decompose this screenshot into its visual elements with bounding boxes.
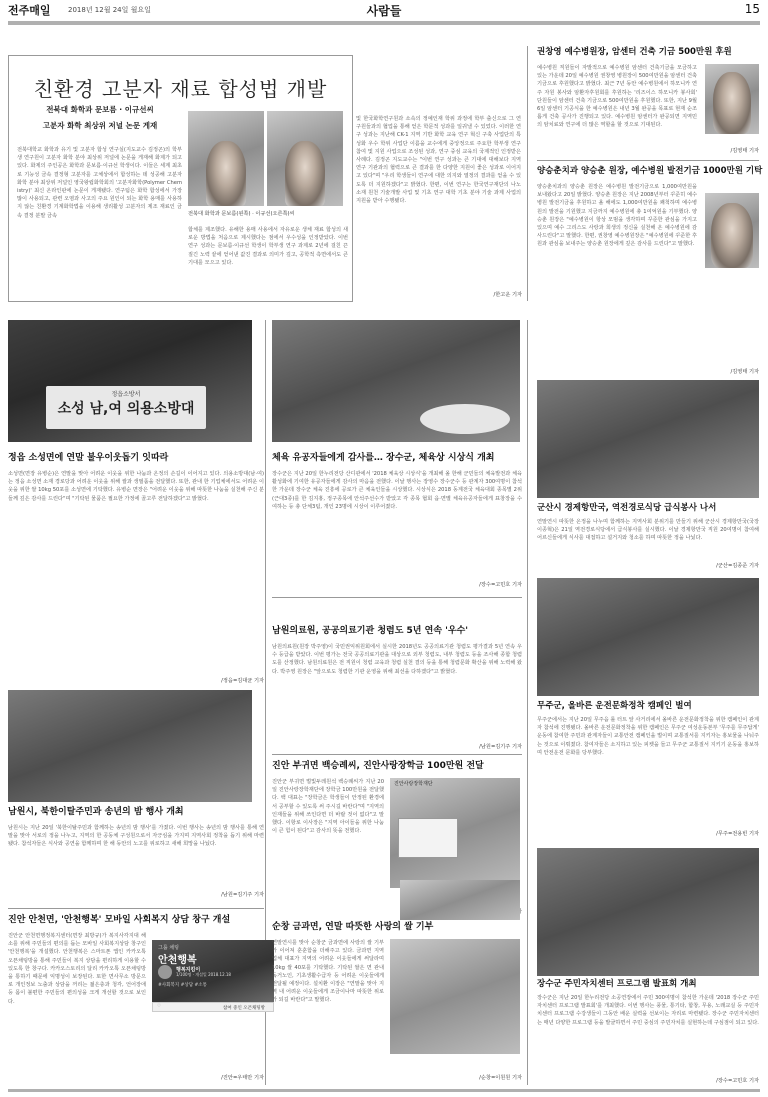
article-body: 예수병원 직원들이 자발적으로 예수병원 암센터 건축기금을 모금하고 있는 가… <box>537 64 697 146</box>
person-portrait <box>206 141 246 206</box>
article-headline: 순창 금과면, 연말 따뜻한 사랑의 쌀 기부 <box>272 921 522 934</box>
article-byline: /무주=전용빈 기자 <box>537 830 759 837</box>
scholarship-certificate <box>398 818 458 858</box>
person-portrait <box>711 203 753 268</box>
namwon-defectors-photo <box>8 690 252 802</box>
article-headline: 남원시, 북한이탈주민과 송년의 밤 행사 개최 <box>8 806 264 819</box>
article-divider <box>272 754 522 755</box>
article-jangsu-sports: 체육 유공자들에게 감사를… 장수군, 체육상 시상식 개최 장수군은 지난 2… <box>272 452 522 465</box>
portrait-photo <box>705 193 759 268</box>
article-headline: 남원의료원, 공공의료기관 청렴도 5년 연속 '우수' <box>272 625 522 638</box>
banquet-table <box>420 404 510 434</box>
article-body-cont <box>537 265 759 305</box>
article-jinan-mobile: 진안 안천면, '안천행복' 모바일 사회복지 상담 창구 개설 진안군 안천면… <box>8 914 264 927</box>
article-byline: /순창=이원원 기자 <box>272 1074 522 1081</box>
article-headline: 진안 부귀면 백승례씨, 진안사랑장학금 100만원 전달 <box>272 760 522 773</box>
article-body: 남원시는 지난 20일 '북한이탈주민과 함께하는 송년의 밤 행사'를 가졌다… <box>8 824 264 890</box>
chat-type-label: 그룹 채팅 <box>158 944 179 951</box>
article-body: 남원의료원(원장 박주영)이 국민권익위원회에서 실시한 2018년도 공공의료… <box>272 643 522 743</box>
page-number: 15 <box>745 2 760 16</box>
banner-line-1: 정읍소방서 <box>46 386 206 398</box>
article-byline: /김영태 기자 <box>537 368 759 375</box>
section-title: 사람들 <box>8 2 760 19</box>
article-body: 연말연시를 맞아 순창군 금과면에 사랑의 쌀 기부가 이어져 훈훈함을 더해주… <box>272 939 384 1049</box>
chat-meta: 1/100명 · 개설일 2018.12.18 <box>176 972 231 978</box>
article-jangsu-program: 장수군 주민자치센터 프로그램 발표회 개최 장수군은 지난 20일 한누리전당… <box>537 978 759 991</box>
rice-donation-photo <box>390 939 520 1054</box>
article-body: 양승춘치과의 양승춘 원장은 예수병원 발전기금으로 1,000여만원을 보내왔… <box>537 183 697 263</box>
article-body: 소성면(면장 유병순)은 연말을 맞아 어려운 이웃을 위한 나눔과 온정의 손… <box>8 470 264 660</box>
jangsu-sports-photo <box>272 320 520 442</box>
feature-body-middle: 합체를 제조했다. 유해한 용매 사용에서 자유로운 생체 재료 합성의 새로운… <box>188 226 348 286</box>
article-jinan-scholarship: 진안 부귀면 백승례씨, 진안사랑장학금 100만원 전달 진안군 부귀면 벌빛… <box>272 760 522 773</box>
joined-chat-button: 참여 중인 오픈채팅방 <box>223 1005 265 1011</box>
article-byline: /김영태 기자 <box>537 147 759 154</box>
article-byline: /장수=고민호 기자 <box>272 581 522 588</box>
article-divider <box>272 597 522 598</box>
feature-headline: 친환경 고분자 재료 합성법 개발 <box>9 73 352 102</box>
open-chat-action-bar: ♡ 참여 중인 오픈채팅방 <box>152 1002 274 1012</box>
bottom-divider <box>8 1089 760 1092</box>
muju-campaign-photo <box>537 578 759 696</box>
feature-photo-left <box>188 111 264 206</box>
article-body: 연말연시 따뜻한 온정을 나누며 함께하는 지역사회 분위기를 만들기 위해 군… <box>537 518 759 560</box>
feature-body-left: 전북대학교 화학과 유기 및 고분자 합성 연구실(지도교수 김정곤)의 학부생… <box>17 146 182 296</box>
heart-icon: ♡ <box>157 1004 161 1009</box>
article-headline: 권창영 예수병원장, 암센터 건축 기금 500만원 후원 <box>537 46 759 59</box>
article-headline: 체육 유공자들에게 감사를… 장수군, 체육상 시상식 개최 <box>272 452 522 465</box>
article-body: 무주군에서는 지난 20일 무주읍 롤 터트 앞 사거리에서 올바른 운전문화정… <box>537 716 759 831</box>
article-gunsan-meal: 군산시 경제항만국, 역전경로식당 급식봉사 나서 연말연시 따뜻한 온정을 나… <box>537 502 759 515</box>
person-portrait <box>713 72 751 134</box>
article-headline: 양승춘치과 양승춘 원장, 예수병원 발전기금 1000만원 기탁 <box>537 165 759 178</box>
feature-article: 친환경 고분자 재료 합성법 개발 전북대 화학과 문보름 · 이규선씨 고분자… <box>8 55 353 302</box>
article-yang-donation: 양승춘치과 양승춘 원장, 예수병원 발전기금 1000만원 기탁 양승춘치과의… <box>537 165 759 178</box>
article-body: 진안군 안천면행정복지센터(면장 최방규)가 복지사각지대 해소를 위해 주민들… <box>8 932 146 1020</box>
article-body: 장수군은 지난 20일 한누리전당 산디관에서 '2018 체육상 시상식'을 … <box>272 470 522 580</box>
column-divider <box>527 46 528 301</box>
article-headline: 장수군 주민자치센터 프로그램 발표회 개최 <box>537 978 759 991</box>
article-body-cont <box>8 1018 264 1078</box>
article-byline: /남원=김기주 기자 <box>272 743 522 750</box>
portrait-photo <box>705 64 759 134</box>
article-namwon-hospital: 남원의료원, 공공의료기관 청렴도 5년 연속 '우수' 남원의료원(원장 박주… <box>272 625 522 638</box>
jeongeup-volunteer-photo: 정읍소방서 소성 남,여 의용소방대 <box>8 320 252 442</box>
chat-tags: #사회복지 #상담 #소통 <box>158 982 207 988</box>
article-body: 장수군은 지난 20일 한누리전당 소공연장에서 주민 300여명이 참석한 가… <box>537 994 759 1076</box>
feature-photo-caption: 전북대 화학과 문보름(왼쪽) · 이규선(오른쪽)씨 <box>188 210 348 217</box>
article-byline: /남원=김기주 기자 <box>8 891 264 898</box>
person-portrait <box>285 141 325 206</box>
open-chat-screenshot: 그룹 채팅 안천행복 행복지킴이 1/100명 · 개설일 2018.12.18… <box>152 940 274 1002</box>
feature-body-right: 및 한국화학연구원과 소속의 정예인재 학위 과정에 학부 출신으로 그 연구원… <box>356 115 521 290</box>
article-divider <box>537 160 759 161</box>
article-byline: /정읍=김대균 기자 <box>8 677 264 684</box>
scholarship-photo: 진안사랑장학재단 <box>390 778 520 888</box>
article-headline: 군산시 경제항만국, 역전경로식당 급식봉사 나서 <box>537 502 759 515</box>
photo-sign-label: 진안사랑장학재단 <box>394 780 433 787</box>
article-kwon-donation: 권창영 예수병원장, 암센터 건축 기금 500만원 후원 예수병원 직원들이 … <box>537 46 759 59</box>
scholarship-photo-lower <box>400 880 520 920</box>
article-byline: /군산=김종준 기자 <box>537 562 759 569</box>
article-headline: 무주군, 올바른 운전문화정착 캠페인 벌여 <box>537 700 759 713</box>
article-headline: 정읍 소성면에 연말 불우이웃돕기 잇따라 <box>8 452 264 465</box>
gunsan-meal-photo <box>537 380 759 498</box>
article-byline: /장수=고민호 기자 <box>537 1077 759 1084</box>
article-sunchang-rice: 순창 금과면, 연말 따뜻한 사랑의 쌀 기부 연말연시를 맞아 순창군 금과면… <box>272 921 522 934</box>
feature-subtitle-2: 고분자 화학 최상위 저널 논문 게재 <box>25 120 175 131</box>
fire-brigade-banner: 정읍소방서 소성 남,여 의용소방대 <box>46 386 206 429</box>
article-body: 진안군 부귀면 벌빛두레원석 백승례씨가 지난 20일 진안사랑장학재단에 장학… <box>272 778 384 913</box>
masthead: 전주매일 2018년 12월 24일 월요일 사람들 15 <box>8 2 760 20</box>
article-jeongeup-sosung: 정읍 소성면에 연말 불우이웃돕기 잇따라 소성면(면장 유병순)은 연말을 맞… <box>8 452 264 465</box>
article-namwon-defectors: 남원시, 북한이탈주민과 송년의 밤 행사 개최 남원시는 지난 20일 '북한… <box>8 806 264 819</box>
avatar <box>158 965 172 979</box>
article-muju-campaign: 무주군, 올바른 운전문화정착 캠페인 벌여 무주군에서는 지난 20일 무주읍… <box>537 700 759 713</box>
article-headline: 진안 안천면, '안천행복' 모바일 사회복지 상담 창구 개설 <box>8 914 264 927</box>
feature-photo-right <box>267 111 343 206</box>
banner-line-2: 소성 남,여 의용소방대 <box>46 398 206 418</box>
top-divider <box>8 21 760 25</box>
article-divider <box>8 908 264 909</box>
feature-subtitle-1: 전북대 화학과 문보름 · 이규선씨 <box>25 104 175 115</box>
chat-room-title: 안천행복 <box>158 951 197 966</box>
column-divider <box>527 320 528 1085</box>
feature-byline: /한고운 기자 <box>440 291 522 298</box>
jangsu-program-photo <box>537 848 759 976</box>
